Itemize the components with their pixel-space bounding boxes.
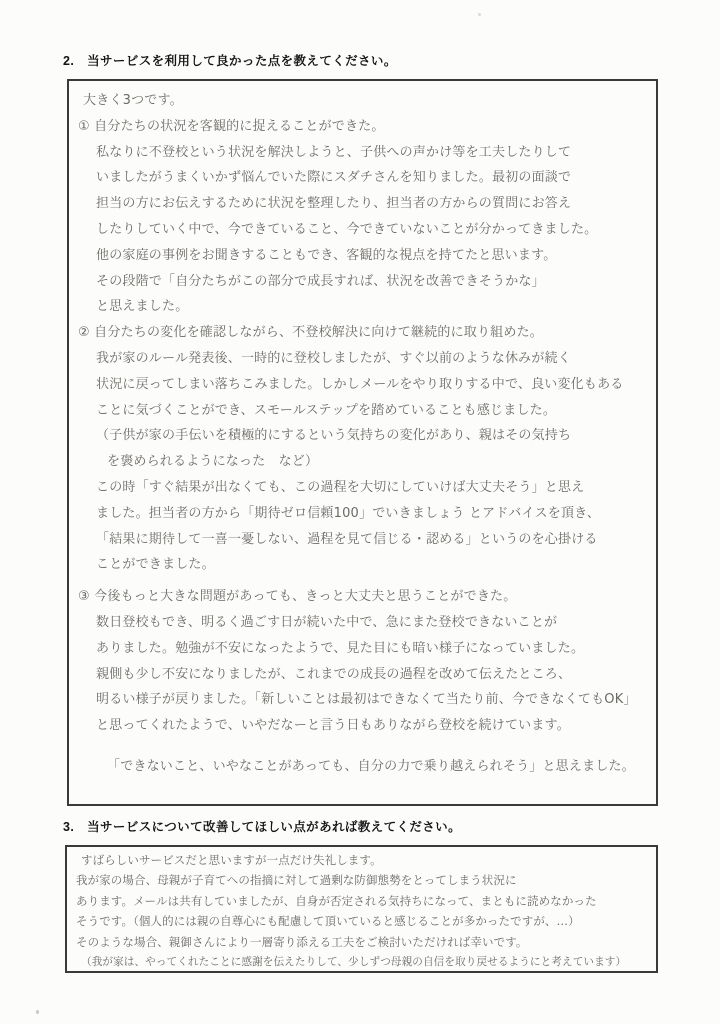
handwritten-line: （我が家は、やってくれたことに感謝を伝えたりして、少しずつ母親の自信を取り戻せる… (67, 952, 656, 972)
handwritten-line: 数日登校もでき、明るく過ごす日が続いた中で、急にまた登校できないことが (69, 610, 656, 636)
handwritten-line: ことができました。 (69, 552, 656, 578)
handwritten-line: したりしていく中で、今できていること、今できていないことが分かってきました。 (69, 217, 656, 243)
question-2-answer-box: 大きく3つです。① 自分たちの状況を客観的に捉えることができた。私なりに不登校と… (67, 79, 658, 806)
handwritten-line: そうです。（個人的には親の自尊心にも配慮して頂いていると感じることが多かったです… (67, 911, 656, 931)
question-3-heading: 3. 当サービスについて改善してほしい点があれば教えてください。 (63, 817, 461, 835)
handwritten-line: を褒められるようになった など） (69, 449, 656, 475)
handwritten-line: と思ってくれたようで、いやだなーと言う日もありながら登校を続けています。 (69, 713, 656, 739)
handwritten-line: （子供が家の手伝いを積極的にするという気持ちの変化があり、親はその気持ち (69, 423, 656, 449)
scan-speck (36, 1010, 39, 1014)
handwritten-line: そのような場合、親御さんにより一層寄り添える工夫をご検討いただければ幸いです。 (67, 932, 656, 952)
handwritten-line: すばらしいサービスだと思いますが一点だけ失礼します。 (67, 850, 656, 870)
handwritten-line: ました。担当者の方から「期待ゼロ信頼100」でいきましょう とアドバイスを頂き、 (69, 501, 656, 527)
question-3-answer-box: すばらしいサービスだと思いますが一点だけ失礼します。我が家の場合、母親が子育てへ… (65, 845, 658, 973)
handwritten-line: 親側も少し不安になりましたが、これまでの成長の過程を改めて伝えたところ、 (69, 662, 656, 688)
handwritten-line: ありました。勉強が不安になったようで、見た目にも暗い様子になっていました。 (69, 636, 656, 662)
scan-speck (478, 13, 481, 16)
handwritten-line: 大きく3つです。 (69, 88, 656, 114)
handwritten-line: ③ 今後もっと大きな問題があっても、きっと大丈夫と思うことができた。 (69, 584, 656, 610)
handwritten-line: ① 自分たちの状況を客観的に捉えることができた。 (69, 114, 656, 140)
handwritten-line: 我が家のルール発表後、一時的に登校しましたが、すぐ以前のような休みが続く (69, 346, 656, 372)
handwritten-line: 状況に戻ってしまい落ちこみました。しかしメールをやり取りする中で、良い変化もある (69, 372, 656, 398)
handwritten-line: 明るい様子が戻りました。「新しいことは最初はできなくて当たり前、今できなくてもO… (69, 687, 656, 713)
handwritten-line: いましたがうまくいかず悩んでいた際にスダチさんを知りました。最初の面談で (69, 165, 656, 191)
handwritten-line: 「できないこと、いやなことがあっても、自分の力で乗り越えられそう」と思えました。 (69, 754, 656, 780)
handwritten-line: ② 自分たちの変化を確認しながら、不登校解決に向けて継続的に取り組めた。 (69, 320, 656, 346)
handwritten-line: と思えました。 (69, 294, 656, 320)
handwritten-line: あります。メールは共有していましたが、自身が否定される気持ちになって、まともに読… (67, 891, 656, 911)
question-2-heading: 2. 当サービスを利用して良かった点を教えてください。 (63, 51, 397, 69)
handwritten-line: 担当の方にお伝えするために状況を整理したり、担当者の方からの質問にお答え (69, 191, 656, 217)
handwritten-line: ことに気づくことができ、スモールステップを踏めていることも感じました。 (69, 398, 656, 424)
handwritten-line: 我が家の場合、母親が子育てへの指摘に対して過剰な防御態勢をとってしまう状況に (67, 870, 656, 890)
handwritten-line: この時「すぐ結果が出なくても、この過程を大切にしていけば大丈夫そう」と思え (69, 475, 656, 501)
handwritten-line: その段階で「自分たちがこの部分で成長すれば、状況を改善できそうかな」 (69, 269, 656, 295)
handwritten-line: 私なりに不登校という状況を解決しようと、子供への声かけ等を工夫したりして (69, 140, 656, 166)
handwritten-line: 「結果に期待して一喜一憂しない、過程を見て信じる・認める」というのを心掛ける (69, 527, 656, 553)
scanned-survey-page: 2. 当サービスを利用して良かった点を教えてください。 大きく3つです。① 自分… (0, 0, 720, 1024)
handwritten-line: 他の家庭の事例をお聞きすることもでき、客観的な視点を持てたと思います。 (69, 243, 656, 269)
